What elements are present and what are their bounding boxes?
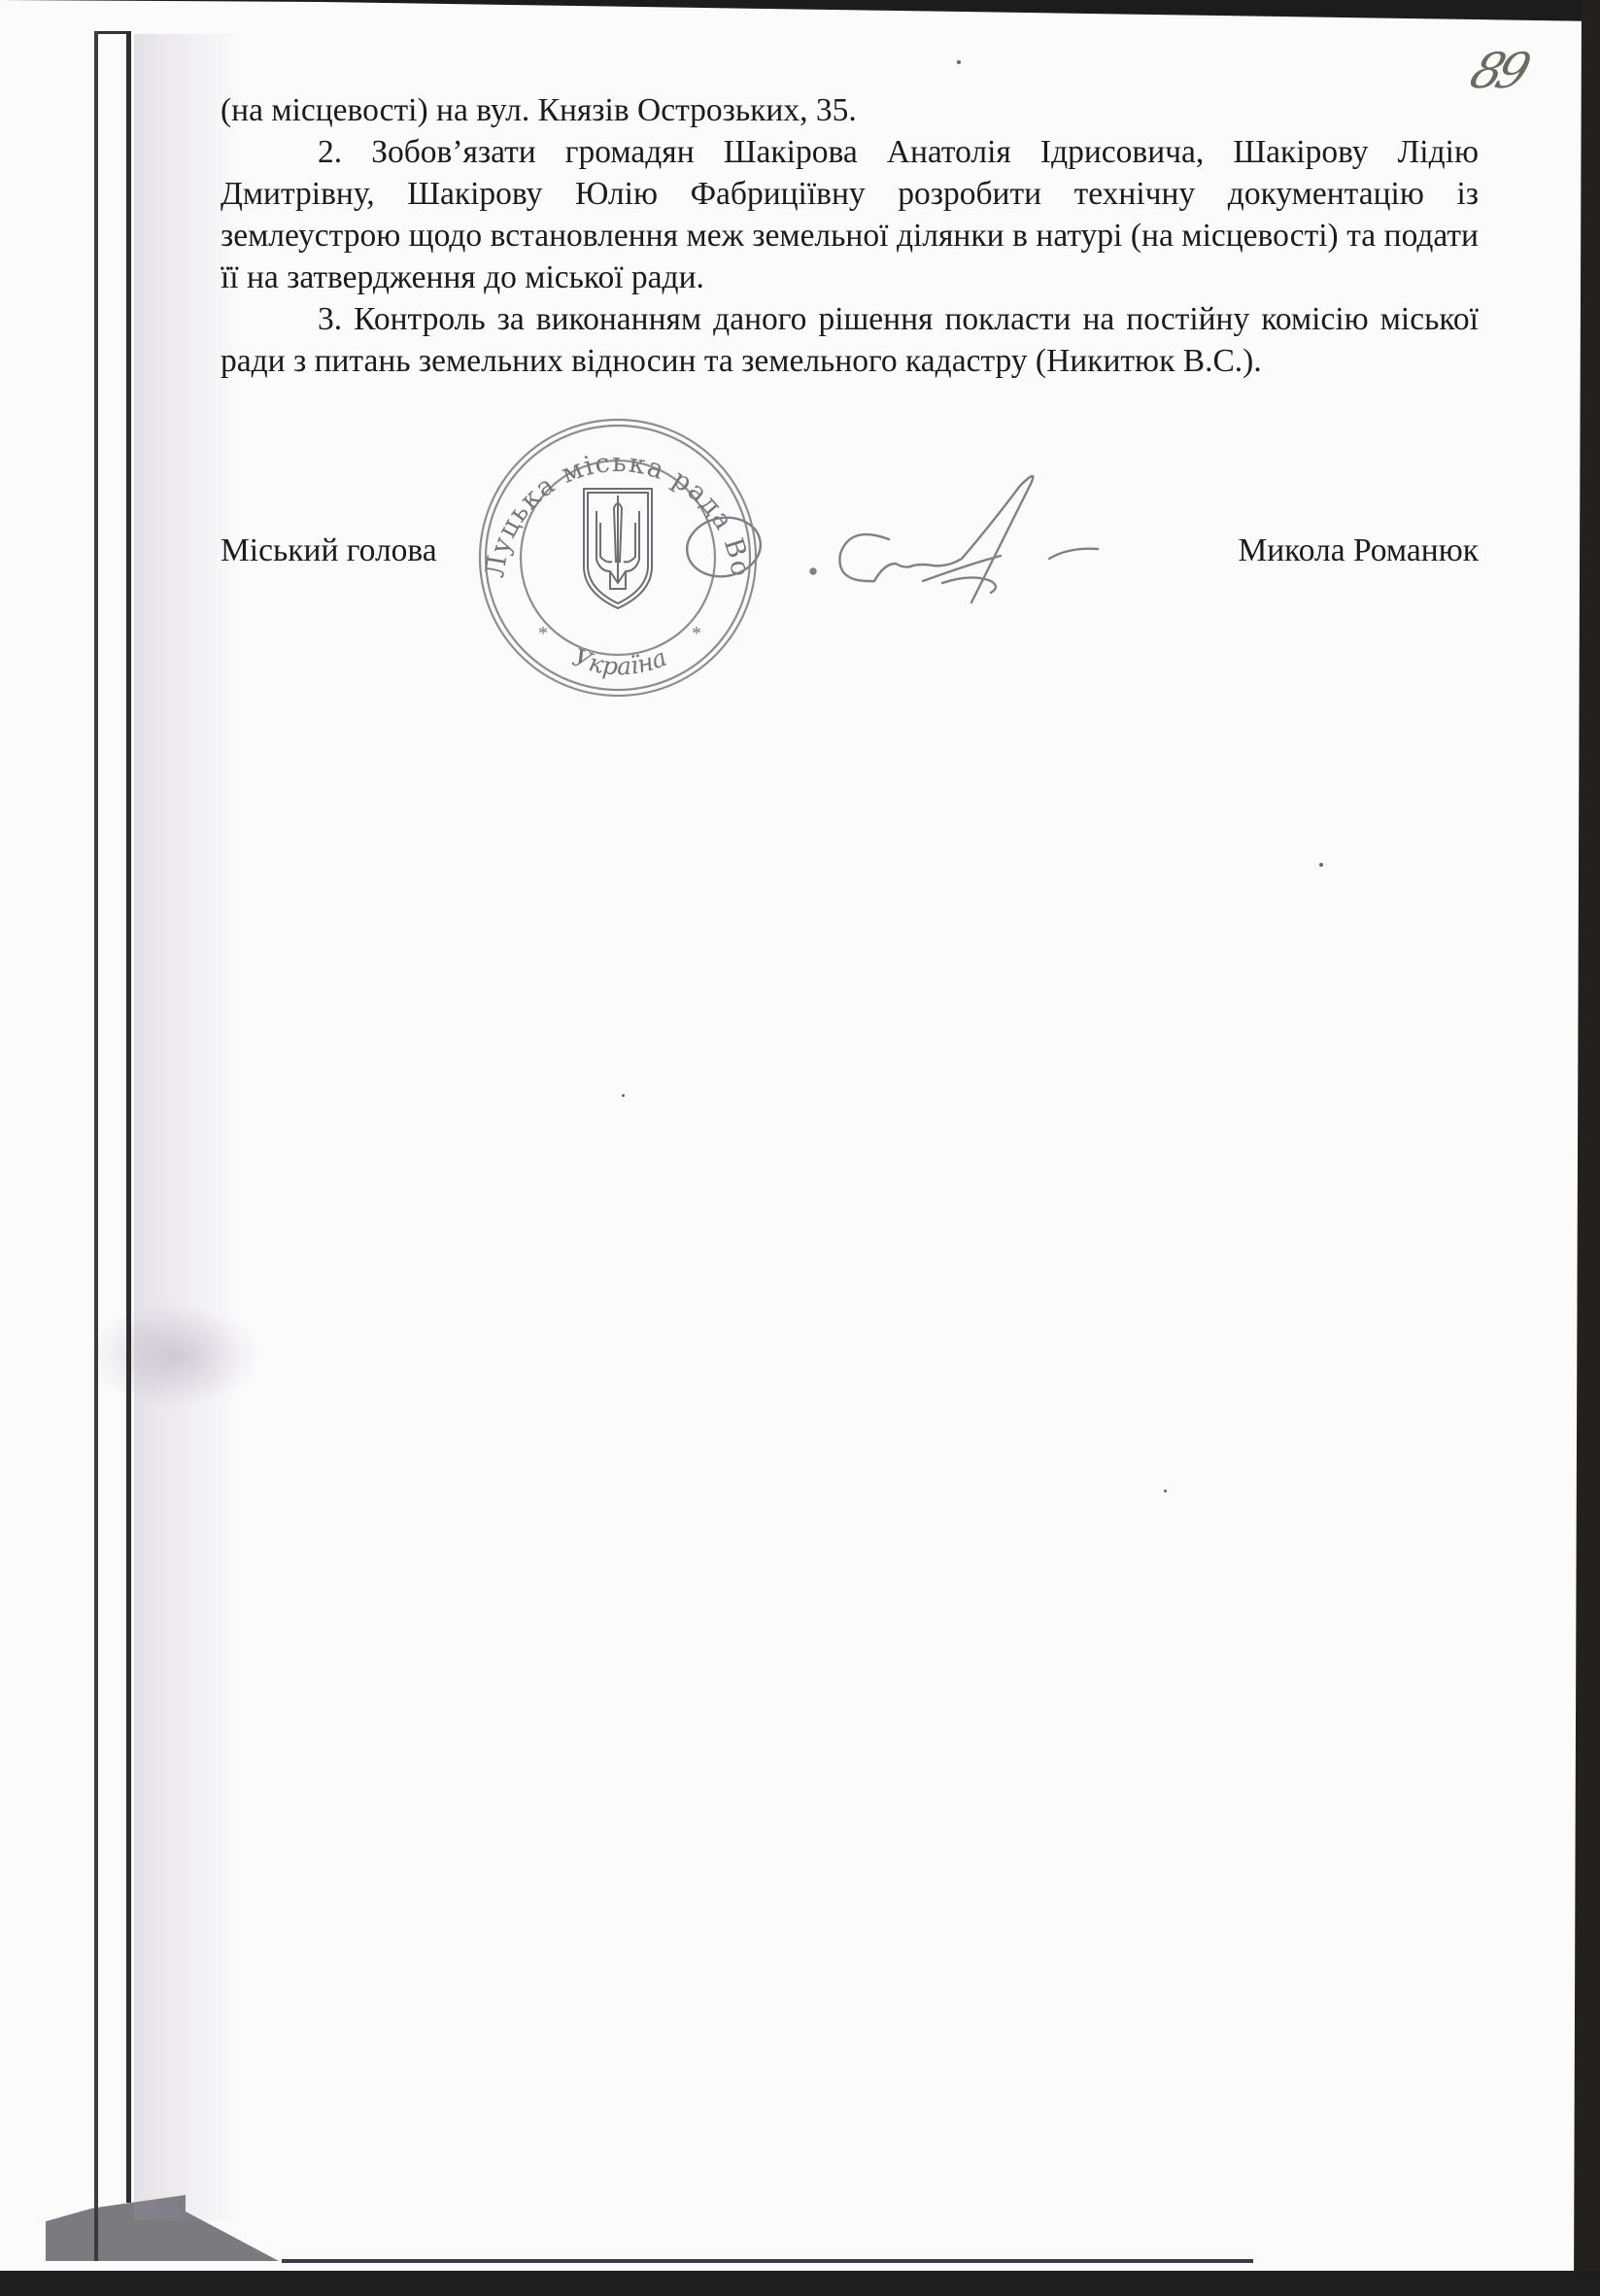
scan-border-right xyxy=(1574,0,1600,2296)
stray-dot xyxy=(1319,863,1323,867)
document-body: (на місцевості) на вул. Князів Острозьки… xyxy=(221,89,1479,382)
signatory-position: Міський голова xyxy=(221,532,437,569)
binding-margin-line xyxy=(94,31,98,2261)
scan-smudge xyxy=(87,1302,262,1409)
svg-text:*: * xyxy=(692,623,701,644)
scan-bottom-line xyxy=(282,2259,1253,2263)
scan-border-top xyxy=(0,0,1600,21)
paragraph-item-3: 3. Контроль за виконанням даного рішення… xyxy=(221,298,1479,382)
svg-text:Україна: Україна xyxy=(569,643,671,681)
scan-border-bottom xyxy=(0,2271,1600,2296)
signatory-name: Микола Романюк xyxy=(1238,532,1479,569)
paragraph-continuation: (на місцевості) на вул. Князів Острозьки… xyxy=(221,89,1479,131)
stray-dot xyxy=(622,1094,625,1097)
signature-block: Міський голова Микола Романюк xyxy=(221,532,1479,581)
svg-text:*: * xyxy=(538,623,548,644)
stray-dot xyxy=(957,60,961,64)
binding-margin-line xyxy=(126,31,131,2203)
stray-dot xyxy=(1164,1490,1167,1492)
paragraph-item-2: 2. Зобов’язати громадян Шакірова Анатолі… xyxy=(221,131,1479,298)
